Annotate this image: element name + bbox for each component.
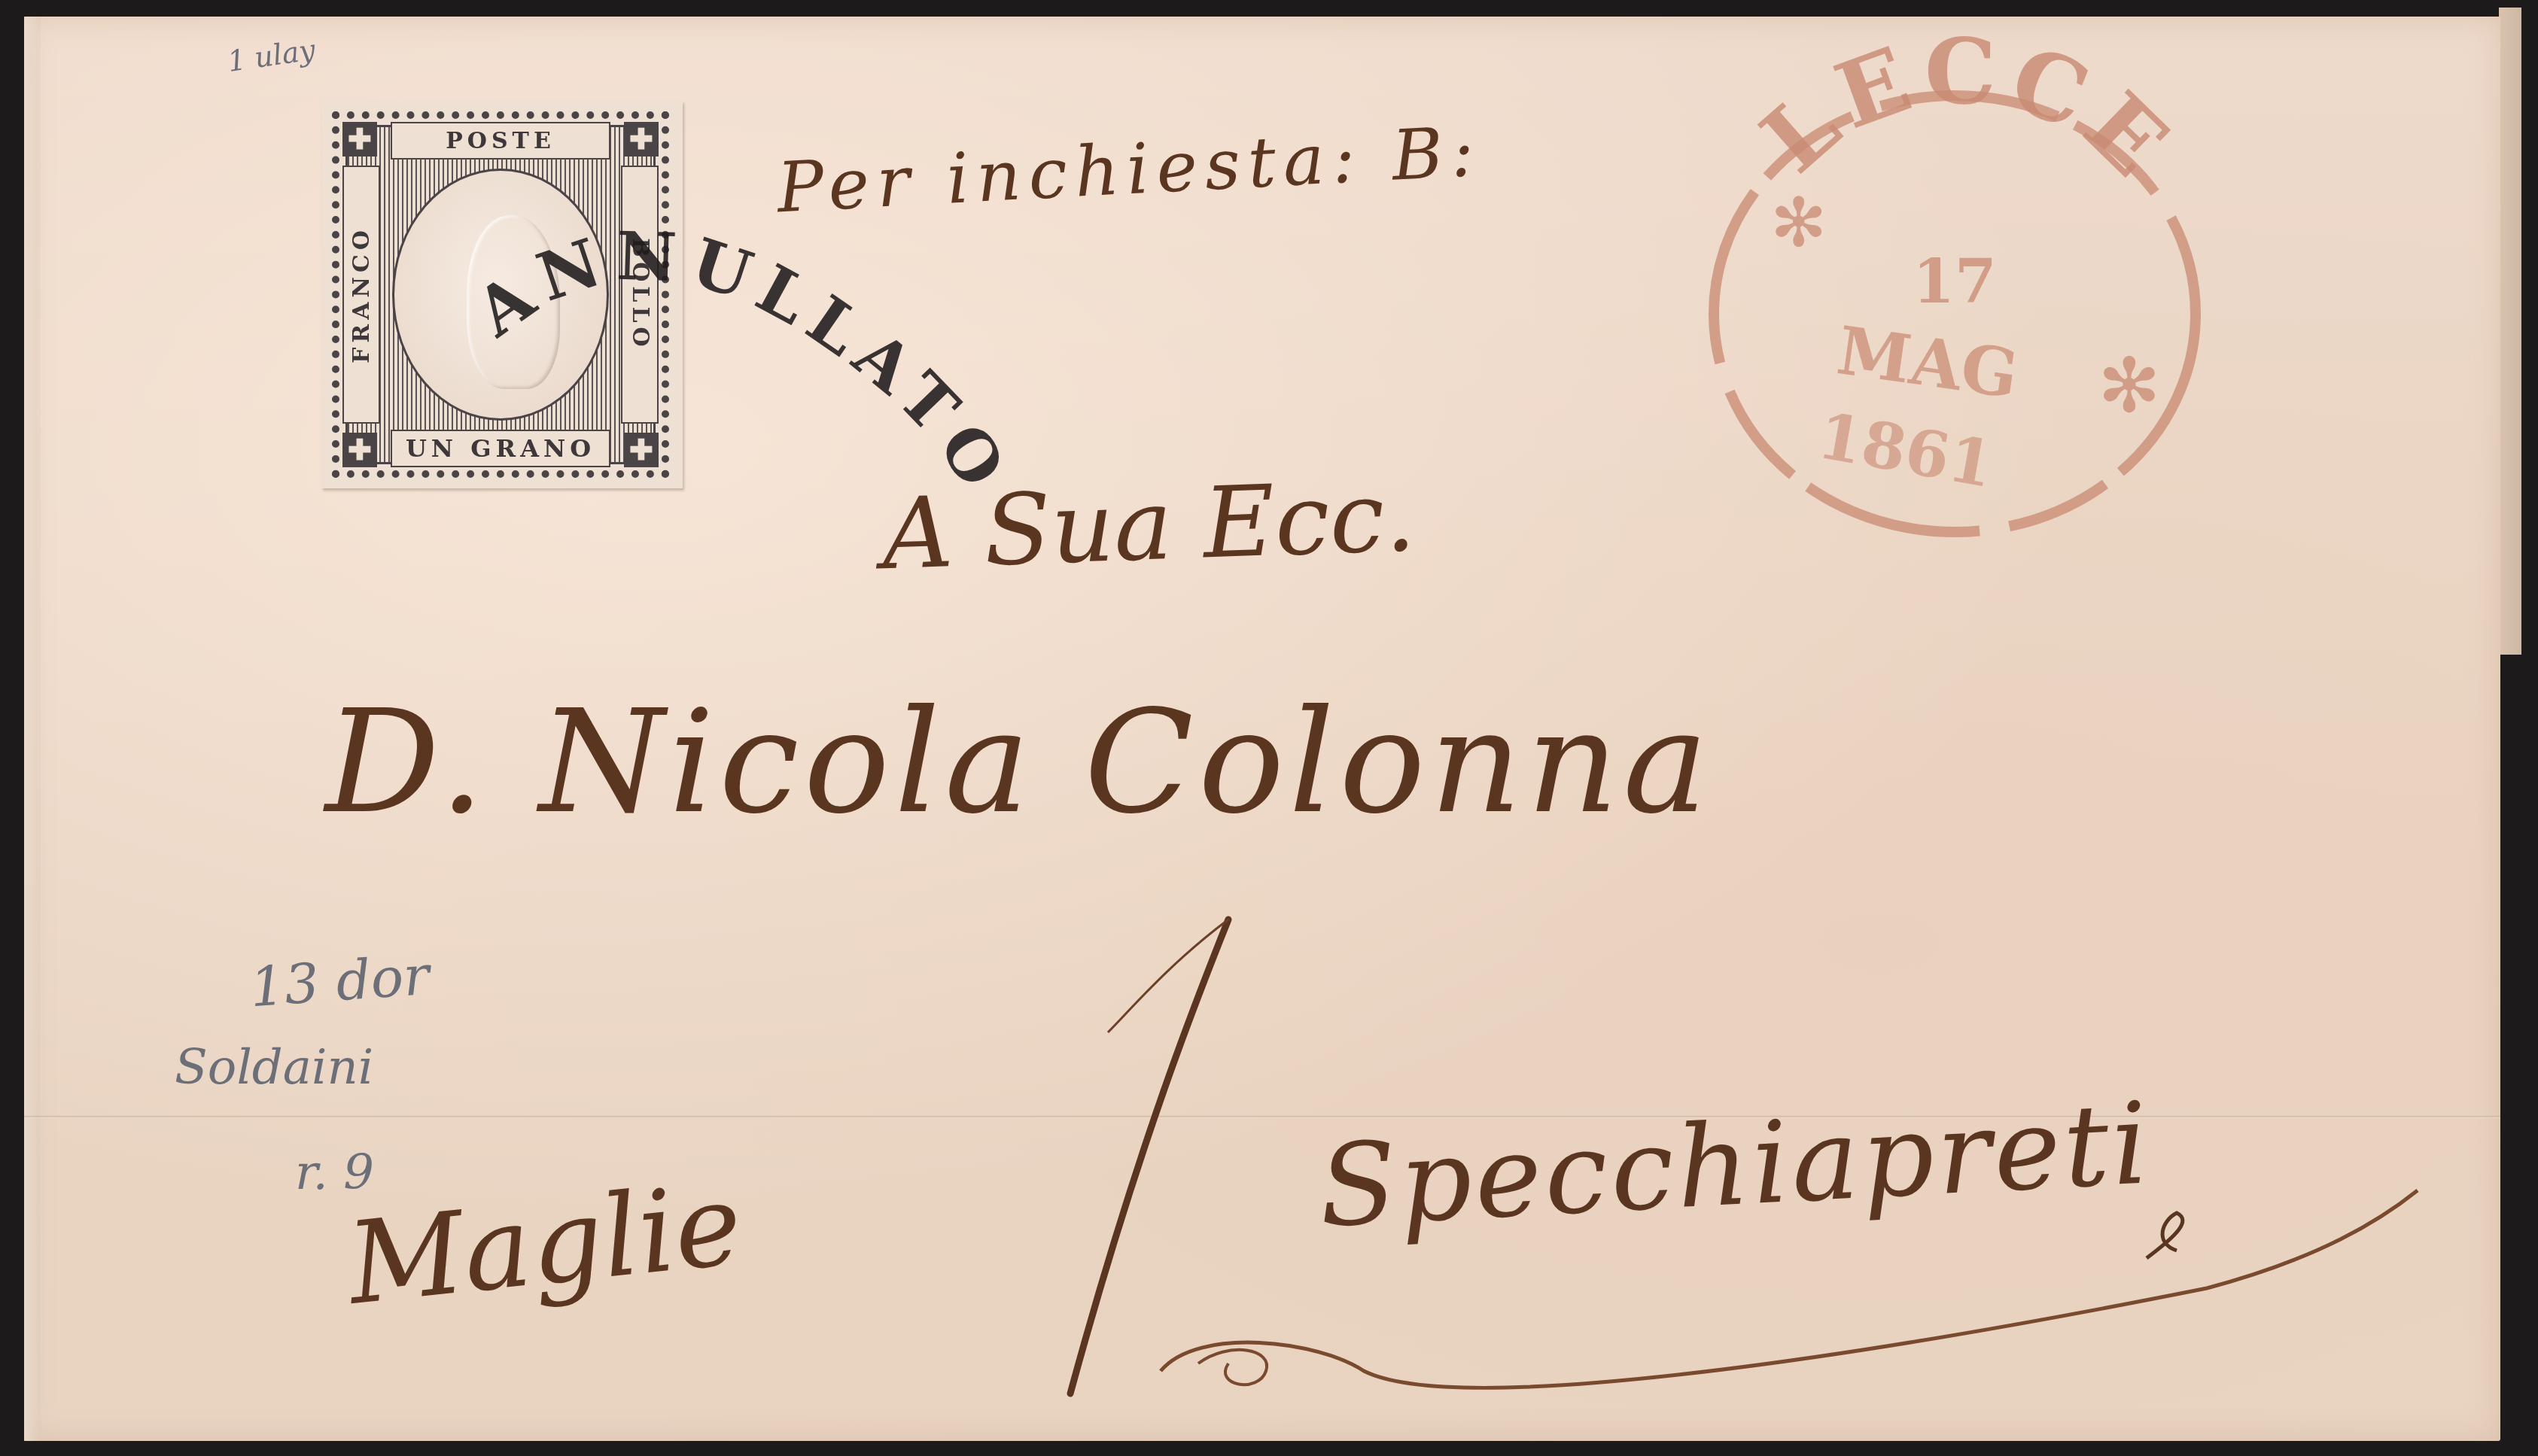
routing-line: Per inchiesta: B: xyxy=(775,111,1484,229)
pencil-note-2: Soldaini xyxy=(175,1040,373,1096)
svg-text:ANNULLATO: ANNULLATO xyxy=(461,217,1027,509)
svg-text:LECCE: LECCE xyxy=(1742,19,2193,202)
recipient-name: D. Nicola Colonna xyxy=(325,679,1713,845)
lecce-postmark: LECCE ✻ ✻ 17 MAG 1861 xyxy=(1699,88,2226,555)
annullato-text: ANNULLATO xyxy=(461,217,1027,509)
postmark-year: 1861 xyxy=(1812,398,1998,502)
cross-icon: ✚ xyxy=(624,122,659,157)
pencil-note-3: r. 9 xyxy=(295,1145,374,1201)
letter-sheet: 1 ulay POSTE UN GRANO FRANCO BOLLO ✚ ✚ ✚… xyxy=(24,17,2500,1441)
pencil-note-top: 1 ulay xyxy=(226,33,318,78)
stamp-top-label: POSTE xyxy=(391,122,610,160)
postmark-day: 17 xyxy=(1913,246,1996,317)
letter-back-flap xyxy=(2499,8,2521,655)
postmark-ornament-left: ✻ xyxy=(1770,184,1827,263)
left-fold xyxy=(24,17,41,1441)
postmark-town: LECCE xyxy=(1742,19,2193,202)
postmark-month: MAG xyxy=(1833,311,2023,414)
postmark-ornament-right: ✻ xyxy=(2098,342,2161,430)
origin-town: Maglie xyxy=(342,1159,747,1330)
destination-town: Specchiapreti xyxy=(1316,1078,2154,1253)
stamp-left-text: FRANCO xyxy=(348,226,375,363)
cross-icon: ✚ xyxy=(342,433,377,467)
cross-icon: ✚ xyxy=(342,122,377,157)
salutation: A Sua Ecc. xyxy=(881,459,1418,592)
stamp-left-label: FRANCO xyxy=(342,166,380,424)
pencil-note-1: 13 dor xyxy=(248,944,431,1019)
